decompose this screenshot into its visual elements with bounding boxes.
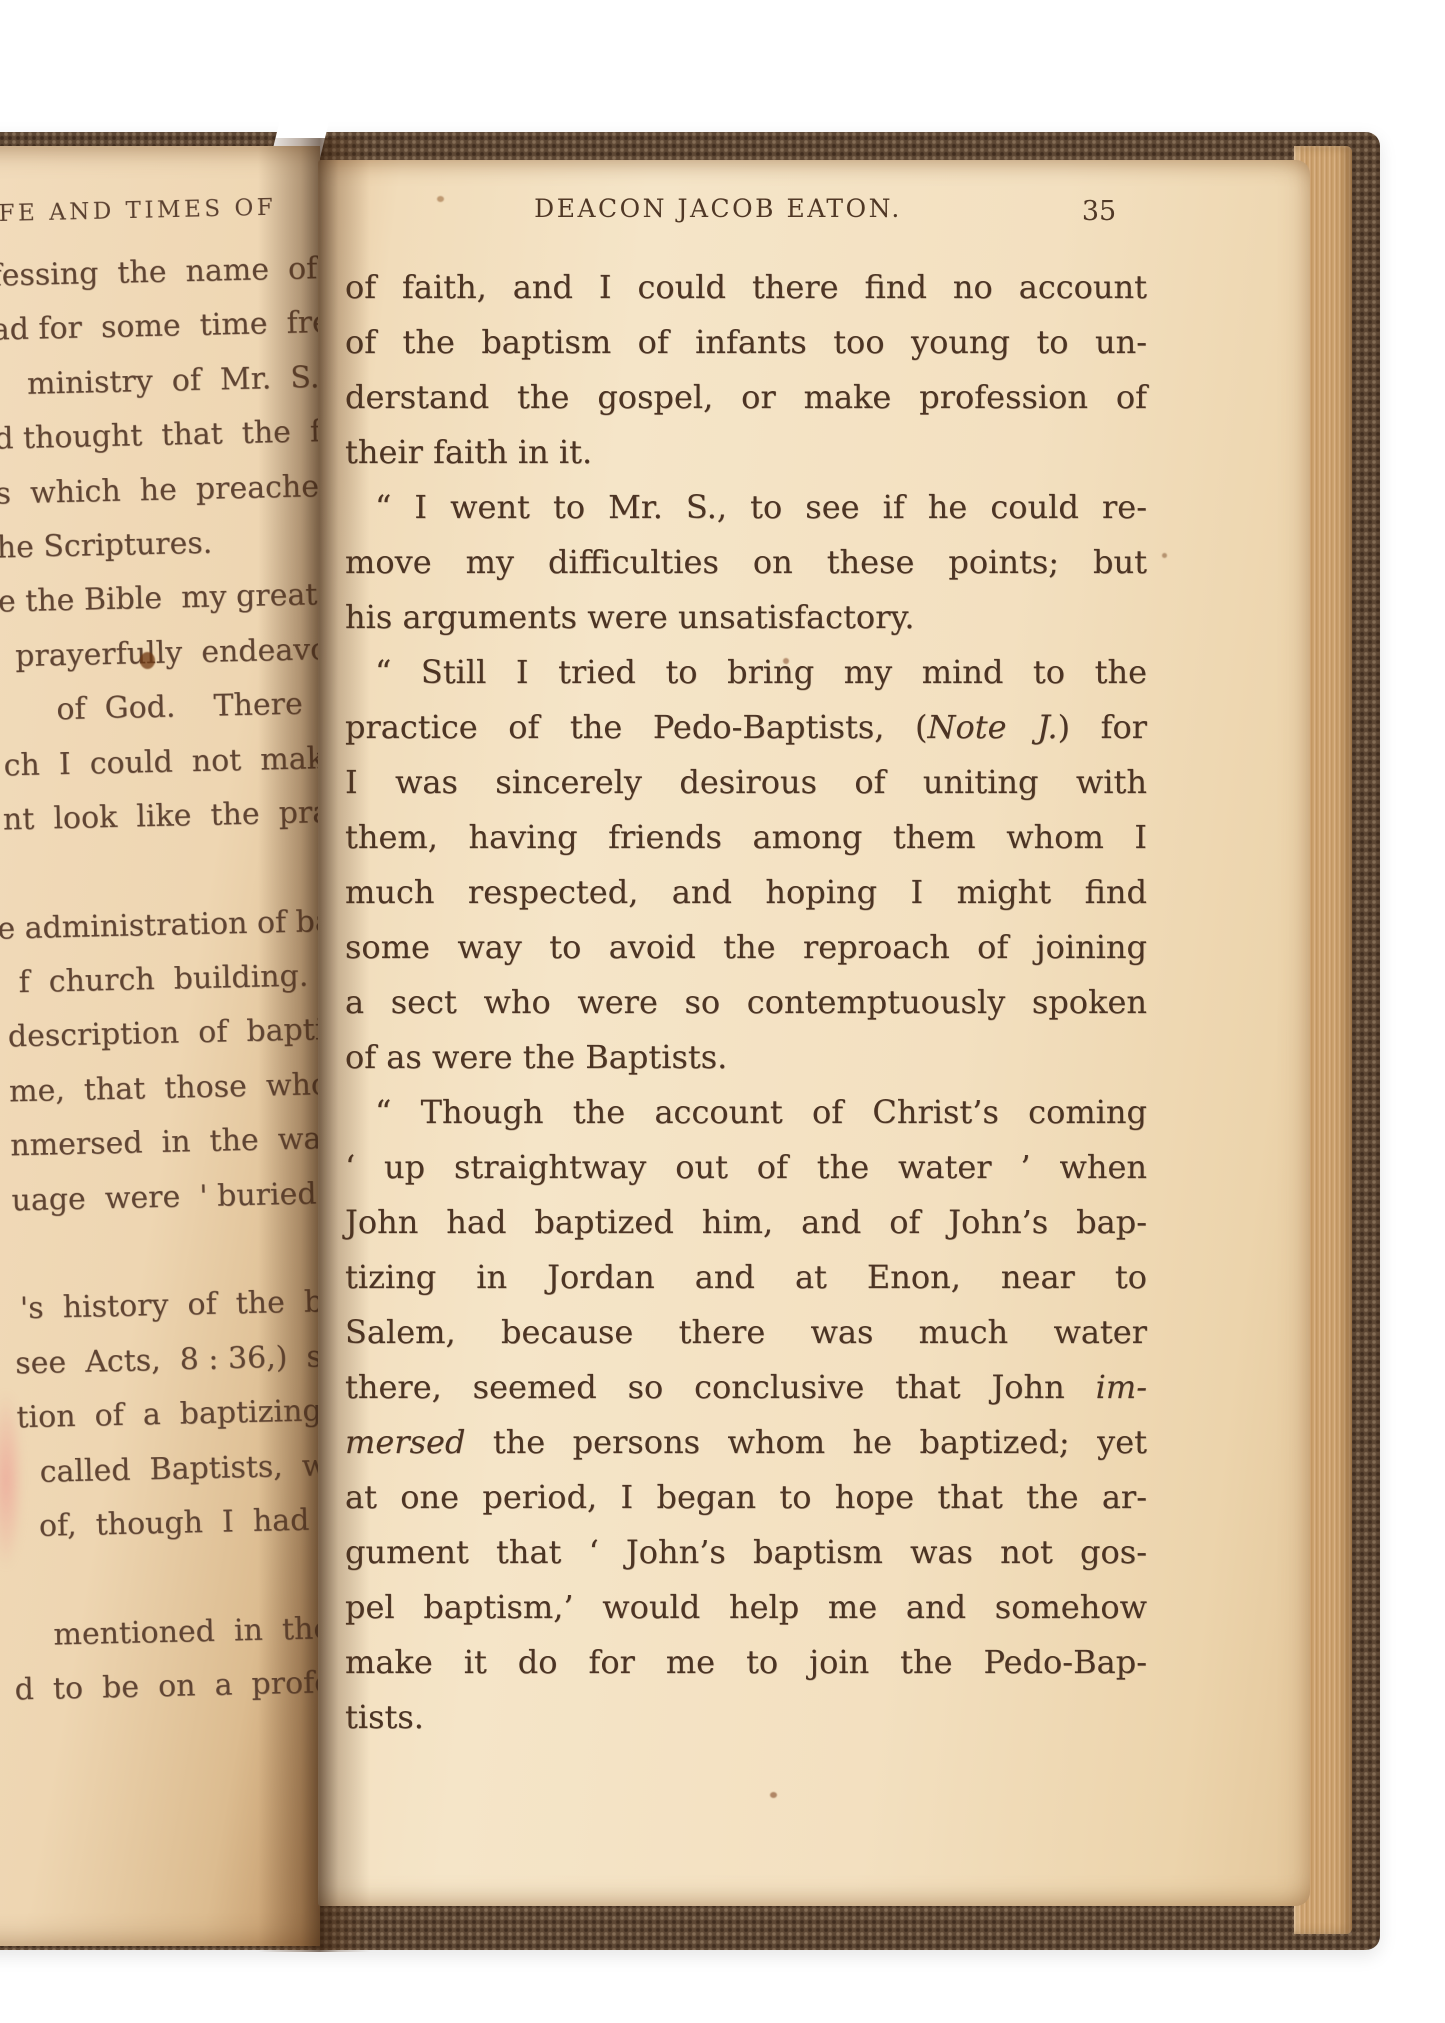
text-line: d thought that the fundam xyxy=(0,405,320,467)
text-line: tists. xyxy=(345,1690,1147,1745)
text-line: description of baptism, i xyxy=(0,1003,320,1065)
text-line: f church building. From xyxy=(0,949,320,1011)
text-line: their faith in it. xyxy=(345,425,1147,480)
text-line: of as were the Baptists. xyxy=(345,1030,1147,1085)
foxing-spot xyxy=(770,1792,777,1798)
text-line: nt look like the practice xyxy=(0,786,320,848)
left-page: IFE AND TIMES OF fessing the name of my … xyxy=(0,146,320,1946)
book-photo: IFE AND TIMES OF fessing the name of my … xyxy=(0,0,1445,2023)
paragraph-gap xyxy=(0,1221,320,1283)
text-line: s which he preached, w xyxy=(0,460,320,522)
text-line: ministry of Mr. S., bel xyxy=(0,351,320,413)
text-line: at one period, I began to hope that the … xyxy=(345,1470,1147,1525)
text-line: ‘ up straightway out of the water ’ when xyxy=(345,1140,1147,1195)
line-segment: there, seemed so conclusive that John xyxy=(345,1368,1096,1406)
text-line: Salem, because there was much water xyxy=(345,1305,1147,1360)
text-line: ch I could not make th xyxy=(0,731,320,793)
text-line: “ Still I tried to bring my mind to the xyxy=(345,645,1147,700)
right-page: DEACON JACOB EATON. 35 of faith, and I c… xyxy=(318,160,1310,1906)
text-line: derstand the gospel, or make profession … xyxy=(345,370,1147,425)
text-line: of, though I had never xyxy=(0,1493,320,1555)
right-running-head: DEACON JACOB EATON. xyxy=(368,194,1068,223)
text-line: e the Bible my great stud xyxy=(0,568,320,630)
text-line: prayerfully endeavored t xyxy=(0,623,320,685)
text-line: pel baptism,’ would help me and somehow xyxy=(345,1580,1147,1635)
paragraph-gap xyxy=(0,840,320,902)
text-line: mentioned in the New xyxy=(3,1602,320,1664)
text-line: e administration of baptis xyxy=(0,895,320,957)
text-line: d to be on a profession xyxy=(4,1656,320,1718)
text-line: called Baptists, which I xyxy=(0,1438,320,1500)
page-number: 35 xyxy=(1064,196,1134,227)
italic-note-reference: Note J. xyxy=(927,708,1057,746)
text-line: “ Though the account of Christ’s coming xyxy=(345,1085,1147,1140)
right-page-text: of faith, and I could there find no acco… xyxy=(345,260,1147,1745)
line-segment: practice of the Pedo-Baptists, ( xyxy=(345,708,927,746)
text-line: 's history of the baptism xyxy=(0,1275,320,1337)
text-line: tizing in Jordan and at Enon, near to xyxy=(345,1250,1147,1305)
text-line: fessing the name of my b xyxy=(0,242,320,304)
text-line: his arguments were unsatisfactory. xyxy=(345,590,1147,645)
text-line: uage were ' buried in bap xyxy=(0,1167,320,1229)
left-page-text: fessing the name of my b ad for some tim… xyxy=(0,242,320,1718)
italic-word: im- xyxy=(1096,1368,1147,1406)
text-line: of the baptism of infants too young to u… xyxy=(345,315,1147,370)
text-line: ad for some time frequ xyxy=(0,296,320,358)
text-line: nmersed in the water; or xyxy=(0,1112,320,1174)
left-running-head: IFE AND TIMES OF xyxy=(0,195,277,228)
text-line: some way to avoid the reproach of joinin… xyxy=(345,920,1147,975)
text-line: see Acts, 8 : 36,) seemed xyxy=(0,1330,320,1392)
foxing-spot xyxy=(1162,553,1167,558)
text-line: me, that those who were xyxy=(0,1058,320,1120)
paragraph-gap xyxy=(2,1547,320,1609)
text-line: gument that ‘ John’s baptism was not gos… xyxy=(345,1525,1147,1580)
text-line: “ I went to Mr. S., to see if he could r… xyxy=(345,480,1147,535)
text-line: there, seemed so conclusive that John im… xyxy=(345,1360,1147,1415)
text-line: John had baptized him, and of John’s bap… xyxy=(345,1195,1147,1250)
line-segment: the persons whom he baptized; yet xyxy=(465,1423,1147,1461)
text-line: of faith, and I could there find no acco… xyxy=(345,260,1147,315)
text-line: make it do for me to join the Pedo-Bap- xyxy=(345,1635,1147,1690)
text-line: I was sincerely desirous of uniting with xyxy=(345,755,1147,810)
text-line: a sect who were so contemptuously spoken xyxy=(345,975,1147,1030)
text-line: move my difficulties on these points; bu… xyxy=(345,535,1147,590)
text-line: tion of a baptizing scene xyxy=(0,1384,320,1446)
text-line: them, having friends among them whom I xyxy=(345,810,1147,865)
italic-word: mersed xyxy=(345,1423,465,1461)
text-line: of God. There was o xyxy=(0,677,320,739)
text-line: practice of the Pedo-Baptists, (Note J.)… xyxy=(345,700,1147,755)
text-line: he Scriptures. xyxy=(0,514,320,576)
text-line: much respected, and hoping I might find xyxy=(345,865,1147,920)
text-line: mersed the persons whom he baptized; yet xyxy=(345,1415,1147,1470)
line-segment: ) for xyxy=(1058,708,1147,746)
